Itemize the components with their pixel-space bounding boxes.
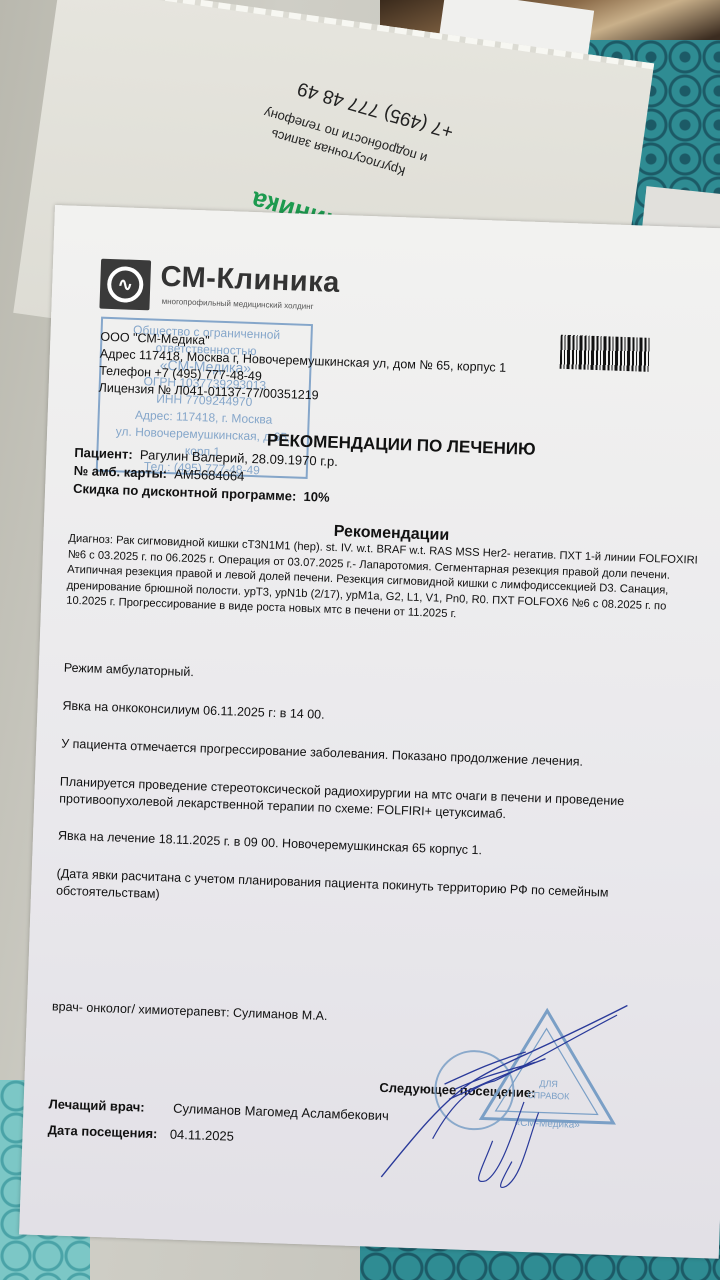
brand-subtitle: многопрофильный медицинский холдинг: [162, 297, 314, 311]
attending-doctor: Лечащий врач: Сулиманов Магомед Асламбек…: [48, 1095, 389, 1125]
discount-value: 10%: [303, 489, 330, 505]
visit-label: Дата посещения:: [47, 1122, 157, 1141]
visit-value: 04.11.2025: [170, 1127, 235, 1144]
treatment-recommendations-document: ∿ СМ-Клиника многопрофильный медицинский…: [19, 205, 720, 1259]
paragraph-consilium: Явка на онкоконсилиум 06.11.2025 г: в 14…: [62, 698, 682, 737]
paragraph-progression: У пациента отмечается прогрессирование з…: [61, 736, 681, 775]
barcode: [560, 335, 651, 372]
doctor-line: врач- онколог/ химиотерапевт: Сулиманов …: [52, 999, 328, 1023]
attending-value: Сулиманов Магомед Асламбекович: [173, 1101, 389, 1124]
doctor-signature: [371, 987, 638, 1196]
attending-label: Лечащий врач:: [48, 1096, 145, 1114]
visit-date: Дата посещения: 04.11.2025: [47, 1121, 234, 1145]
card-label: № амб. карты:: [73, 463, 167, 481]
card-value: АМ5684064: [174, 466, 245, 483]
paragraph-note: (Дата явки расчитана с учетом планирован…: [56, 865, 677, 921]
paragraph-treatment-date: Явка на лечение 18.11.2025 г. в 09 00. Н…: [58, 827, 678, 866]
cm-clinic-logo-icon: ∿: [99, 259, 151, 311]
patient-info: Пациент: Рагулин Валерий, 28.09.1970 г.р…: [73, 444, 338, 507]
brand-name: СМ-Клиника: [160, 261, 340, 300]
paragraph-regime: Режим амбулаторный.: [64, 660, 684, 699]
paragraph-plan: Планируется проведение стереотоксической…: [59, 774, 680, 830]
patient-label: Пациент:: [74, 445, 133, 462]
organization-details: ООО "СМ-Медика" Адрес 117418, Москва г, …: [98, 329, 507, 411]
diagnosis-text: Диагноз: Рак сигмовидной кишки cT3N1M1 (…: [66, 532, 703, 632]
